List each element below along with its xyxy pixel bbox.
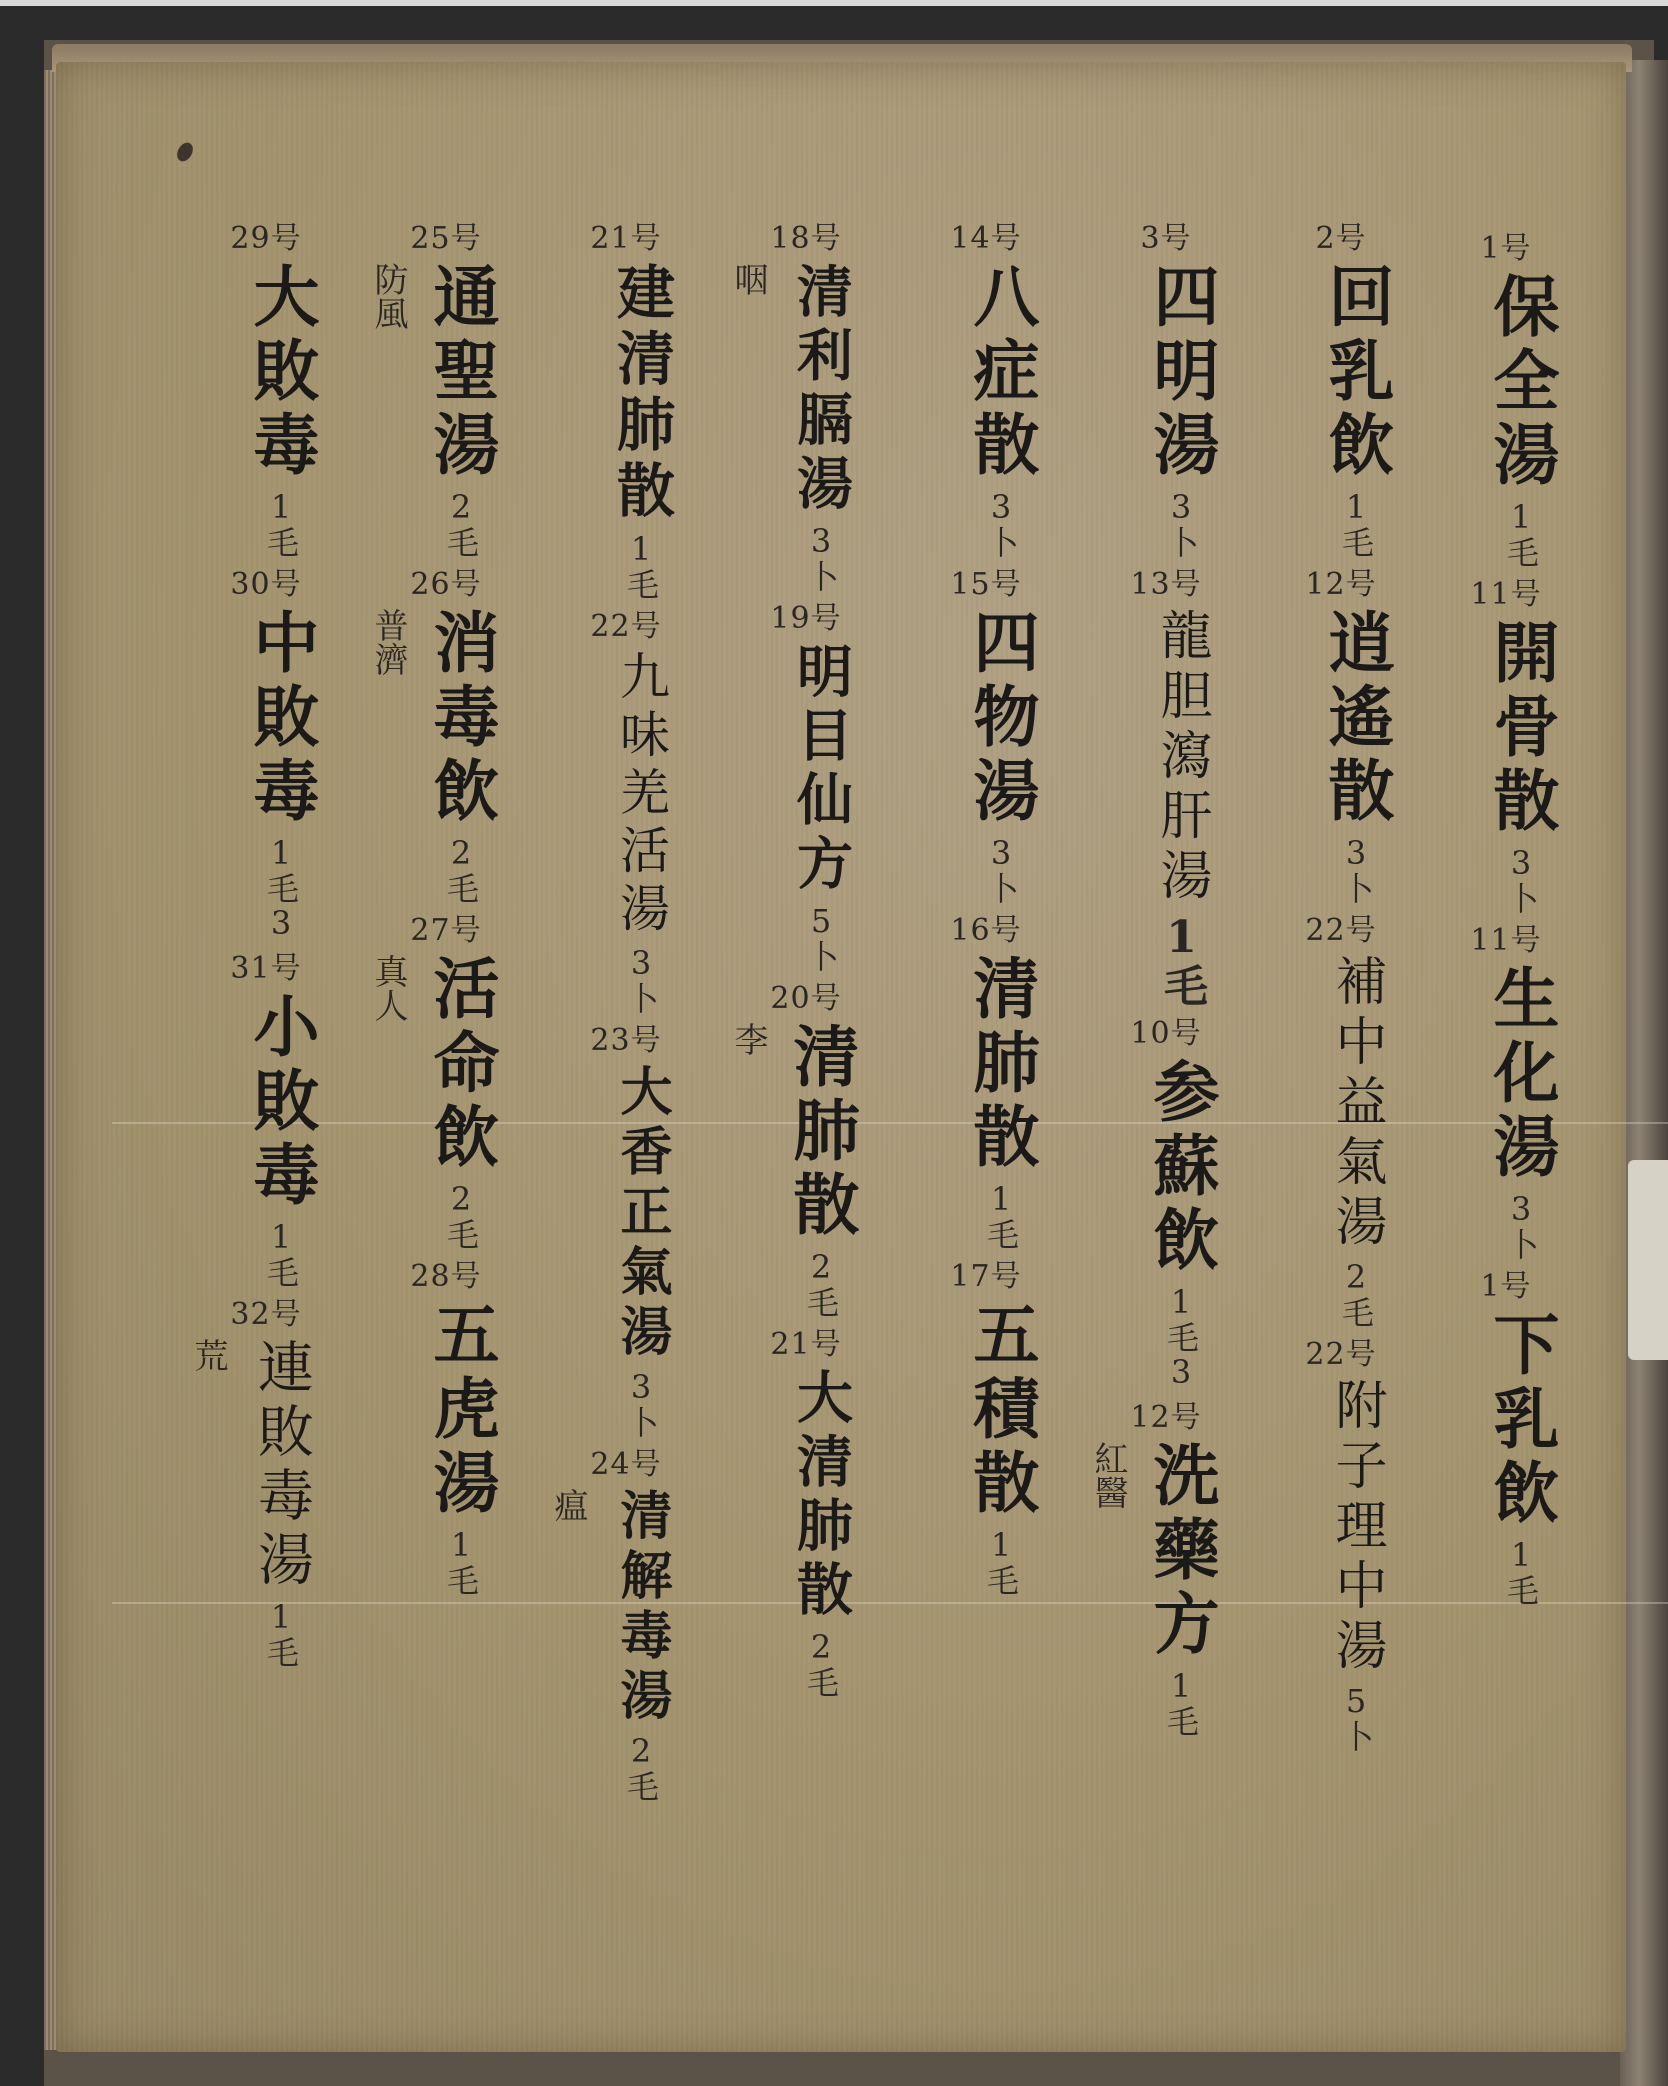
prescription-name: 附子理中湯 [1325,1378,1387,1678]
prescription-number: 26号 [410,568,481,602]
prescription-number: 21号 [770,1328,841,1362]
ink-stain [174,140,196,164]
prescription-name: 四物湯 [961,608,1041,830]
prescription-price: 3卜 [801,522,841,592]
prescription-name: 通聖湯 [421,262,501,484]
prescription-name: 小敗毒 [241,992,321,1214]
prescription-number: 1号 [1480,1270,1531,1304]
prescription-alias: 瘟 [550,1488,586,1522]
prescription-name: 中敗毒 [241,608,321,830]
prescription-price: 3卜 [981,834,1021,904]
prescription-number: 32号 [230,1298,301,1332]
prescription-entry: 21号 大清肺散 2毛 [736,1328,906,1708]
prescription-column-7: 25号 防風 通聖湯 2毛 26号 普濟 消毒飲 2毛 27号 真人 活命飲 2… [376,222,546,2042]
prescription-name: 逍遙散 [1316,608,1396,830]
prescription-price: 2毛 [1336,1258,1376,1328]
prescription-name: 大清肺散 [789,1368,853,1624]
prescription-price: 1毛3 [261,834,301,942]
prescription-name: 洗藥方 [1141,1441,1221,1663]
prescription-entry: 23号 大香正氣湯 3卜 [556,1024,726,1448]
prescription-entry: 14号 八症散 3卜 [916,222,1086,568]
prescription-column-3: 3号 四明湯 3卜 13号 龍胆瀉肝湯 1毛 10号 参蘇飲 1毛3 12号 紅… [1096,222,1266,2042]
prescription-entry: 24号 瘟 清解毒湯 2毛 [556,1448,726,1812]
prescription-number: 14号 [950,222,1021,256]
prescription-number: 10号 [1130,1017,1201,1051]
prescription-number: 22号 [590,610,661,644]
prescription-number: 21号 [590,222,661,256]
scan-top-border [0,0,1668,6]
paper-slip [1628,1160,1668,1360]
prescription-price: 2毛 [801,1248,841,1318]
prescription-price: 3卜 [1501,1190,1541,1260]
prescription-entry: 30号 中敗毒 1毛3 [196,568,366,952]
prescription-number: 15号 [950,568,1021,602]
prescription-name: 明目仙方 [788,642,854,898]
prescription-number: 25号 [410,222,481,256]
prescription-price: 3卜 [1161,488,1201,558]
prescription-price: 1毛 [1501,498,1541,568]
prescription-entry: 3号 四明湯 3卜 [1096,222,1266,568]
prescription-number: 3号 [1140,222,1191,256]
prescription-price: 1毛 [261,488,301,558]
prescription-entry: 28号 五虎湯 1毛 [376,1260,546,1606]
prescription-name: 清肺散 [781,1022,861,1244]
prescription-entry: 11号 生化湯 3卜 [1436,924,1606,1270]
prescription-number: 22号 [1305,914,1376,948]
prescription-number: 19号 [770,602,841,636]
prescription-entry: 16号 清肺散 1毛 [916,914,1086,1260]
prescription-name: 生化湯 [1481,964,1561,1186]
book-spine-right [1620,60,1668,2086]
prescription-entry: 22号 九味羌活湯 3卜 [556,610,726,1024]
prescription-entry: 25号 防風 通聖湯 2毛 [376,222,546,568]
prescription-name: 八症散 [961,262,1041,484]
prescription-entry: 22号 補中益氣湯 2毛 [1271,914,1441,1338]
prescription-price: 2毛 [621,1732,661,1802]
prescription-column-2: 2号 回乳飲 1毛 12号 逍遙散 3卜 22号 補中益氣湯 2毛 22号 附子… [1271,222,1441,2042]
prescription-name: 連敗毒湯 [249,1338,313,1594]
prescription-price: 2毛 [441,488,481,558]
prescription-entry: 2号 回乳飲 1毛 [1271,222,1441,568]
prescription-name: 大香正氣湯 [611,1064,671,1364]
prescription-number: 13号 [1130,568,1201,602]
prescription-alias: 防風 [370,262,406,330]
prescription-price: 1毛 [1161,912,1201,1007]
prescription-name: 九味羌活湯 [612,650,670,940]
prescription-price: 5卜 [801,902,841,972]
prescription-name: 保全湯 [1481,272,1561,494]
prescription-name: 五虎湯 [421,1300,501,1522]
prescription-price: 1毛 [981,1526,1021,1596]
prescription-entry: 21号 建清肺散 1毛 [556,222,726,610]
prescription-entry: 12号 紅醫 洗藥方 1毛 [1096,1401,1266,1747]
prescription-number: 16号 [950,914,1021,948]
prescription-name: 開骨散 [1481,618,1561,840]
prescription-alias: 普濟 [370,608,406,676]
prescription-name: 下乳飲 [1481,1310,1561,1532]
prescription-column-6: 21号 建清肺散 1毛 22号 九味羌活湯 3卜 23号 大香正氣湯 3卜 24… [556,222,726,2042]
prescription-price: 1毛 [261,1218,301,1288]
prescription-name: 大敗毒 [241,262,321,484]
prescription-number: 2号 [1315,222,1366,256]
prescription-entry: 15号 四物湯 3卜 [916,568,1086,914]
prescription-entry: 13号 龍胆瀉肝湯 1毛 [1096,568,1266,1017]
prescription-number: 30号 [230,568,301,602]
prescription-alias: 紅醫 [1090,1441,1126,1509]
prescription-name: 活命飲 [421,954,501,1176]
prescription-number: 12号 [1305,568,1376,602]
prescription-price: 3卜 [1501,844,1541,914]
prescription-number: 11号 [1470,578,1541,612]
prescription-price: 2毛 [441,1180,481,1250]
prescription-number: 17号 [950,1260,1021,1294]
prescription-number: 23号 [590,1024,661,1058]
prescription-price: 1毛 [621,530,661,600]
prescription-number: 22号 [1305,1338,1376,1372]
prescription-number: 18号 [770,222,841,256]
prescription-name: 四明湯 [1141,262,1221,484]
prescription-name: 五積散 [961,1300,1041,1522]
prescription-name: 消毒飲 [421,608,501,830]
manuscript-page: 1号 保全湯 1毛 11号 開骨散 3卜 11号 生化湯 3卜 1号 下乳飲 1… [56,62,1626,2052]
prescription-entry: 19号 明目仙方 5卜 [736,602,906,982]
prescription-entry: 10号 参蘇飲 1毛3 [1096,1017,1266,1401]
prescription-column-5: 18号 咽 清利膈湯 3卜 19号 明目仙方 5卜 20号 李 清肺散 2毛 2… [736,222,906,2042]
prescription-entry: 27号 真人 活命飲 2毛 [376,914,546,1260]
prescription-price: 3卜 [1336,834,1376,904]
prescription-name: 参蘇飲 [1141,1057,1221,1279]
prescription-entry: 31号 小敗毒 1毛 [196,952,366,1298]
prescription-entry: 29号 大敗毒 1毛 [196,222,366,568]
prescription-price: 2毛 [441,834,481,904]
prescription-entry: 32号 荒 連敗毒湯 1毛 [196,1298,366,1678]
prescription-price: 3卜 [621,944,661,1014]
prescription-price: 2毛 [801,1628,841,1698]
prescription-entry: 26号 普濟 消毒飲 2毛 [376,568,546,914]
prescription-price: 5卜 [1336,1682,1376,1752]
prescription-alias: 真人 [370,954,406,1022]
prescription-price: 1毛3 [1161,1283,1201,1391]
prescription-price: 1毛 [1501,1536,1541,1606]
prescription-column-4: 14号 八症散 3卜 15号 四物湯 3卜 16号 清肺散 1毛 17号 五積散… [916,222,1086,2042]
prescription-entry: 11号 開骨散 3卜 [1436,578,1606,924]
prescription-number: 20号 [770,982,841,1016]
prescription-name: 回乳飲 [1316,262,1396,484]
prescription-name: 補中益氣湯 [1325,954,1387,1254]
prescription-alias: 荒 [190,1338,226,1372]
prescription-name: 清解毒湯 [611,1488,671,1728]
prescription-number: 24号 [590,1448,661,1482]
prescription-entry: 18号 咽 清利膈湯 3卜 [736,222,906,602]
prescription-column-1: 1号 保全湯 1毛 11号 開骨散 3卜 11号 生化湯 3卜 1号 下乳飲 1… [1436,232,1606,2052]
prescription-number: 1号 [1480,232,1531,266]
prescription-entry: 1号 下乳飲 1毛 [1436,1270,1606,1616]
prescription-number: 12号 [1130,1401,1201,1435]
prescription-name: 清利膈湯 [788,262,854,518]
prescription-entry: 1号 保全湯 1毛 [1436,232,1606,578]
prescription-entry: 22号 附子理中湯 5卜 [1271,1338,1441,1762]
prescription-number: 31号 [230,952,301,986]
prescription-alias: 咽 [730,262,766,296]
prescription-price: 3卜 [621,1368,661,1438]
prescription-price: 1毛 [441,1526,481,1596]
prescription-number: 11号 [1470,924,1541,958]
prescription-entry: 20号 李 清肺散 2毛 [736,982,906,1328]
prescription-name: 清肺散 [961,954,1041,1176]
prescription-number: 27号 [410,914,481,948]
prescription-price: 1毛 [1336,488,1376,558]
prescription-price: 1毛 [981,1180,1021,1250]
prescription-price: 1毛 [261,1598,301,1668]
prescription-column-8: 29号 大敗毒 1毛 30号 中敗毒 1毛3 31号 小敗毒 1毛 32号 荒 … [196,222,366,2042]
prescription-price: 1毛 [1161,1667,1201,1737]
prescription-name: 建清肺散 [607,262,675,526]
prescription-entry: 17号 五積散 1毛 [916,1260,1086,1606]
prescription-alias: 李 [730,1022,766,1056]
prescription-entry: 12号 逍遙散 3卜 [1271,568,1441,914]
prescription-number: 28号 [410,1260,481,1294]
prescription-number: 29号 [230,222,301,256]
prescription-price: 3卜 [981,488,1021,558]
prescription-name: 龍胆瀉肝湯 [1150,608,1212,908]
